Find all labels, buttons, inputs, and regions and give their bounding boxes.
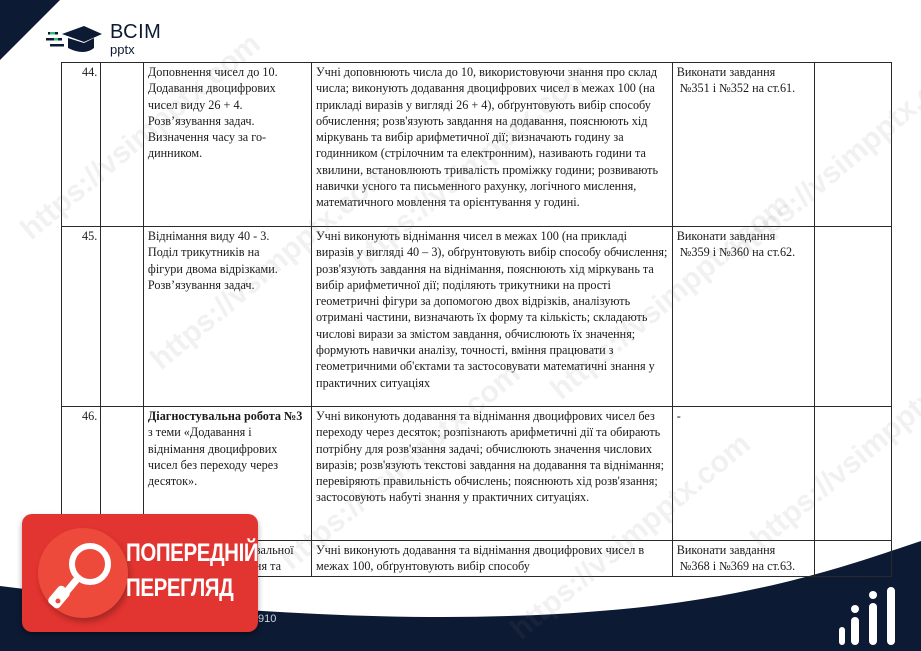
lesson-plan-table: 44. Доповнення чисел до 10. Додавання дв… [61,62,892,577]
lesson-date-cell [101,63,144,227]
page-number: 910 [258,613,276,625]
learning-outcomes-cell: Учні доповнюють числа до 10, використову… [312,63,673,227]
magnifier-icon [38,528,128,618]
note-cell [815,407,892,541]
note-cell [815,541,892,577]
lesson-topic-cell: Доповнення чисел до 10. Додавання двоциф… [143,63,311,227]
homework-cell: Виконати завдання №368 і №369 на ст.63. [672,541,815,577]
graduation-cap-icon [46,22,104,56]
learning-outcomes-cell: Учні виконують додавання та віднімання д… [312,407,673,541]
table-row: 45. Віднімання виду 40 - 3. Поділ трикут… [62,227,892,407]
preview-label: ПОПЕРЕДНІЙ ПЕРЕГЛЯД [126,536,233,606]
lesson-number-cell: 44. [62,63,101,227]
site-logo: ВСІМ pptx [46,22,161,56]
homework-cell: Виконати завдання №359 і №360 на ст.62. [672,227,815,407]
footer-bars-logo [839,587,909,645]
preview-badge[interactable]: ПОПЕРЕДНІЙ ПЕРЕГЛЯД [22,514,258,632]
lesson-number-cell: 45. [62,227,101,407]
homework-cell: - [672,407,815,541]
homework-cell: Виконати завдання №351 і №352 на ст.61. [672,63,815,227]
table-row: 44. Доповнення чисел до 10. Додавання дв… [62,63,892,227]
learning-outcomes-cell: Учні виконують віднімання чисел в межах … [312,227,673,407]
note-cell [815,63,892,227]
logo-title: ВСІМ [110,22,161,42]
note-cell [815,227,892,407]
lesson-date-cell [101,227,144,407]
lesson-topic-cell: Віднімання виду 40 - 3. Поділ трикутникі… [143,227,311,407]
learning-outcomes-cell: Учні виконують додавання та віднімання д… [312,541,673,577]
logo-subtitle: pptx [110,43,161,56]
